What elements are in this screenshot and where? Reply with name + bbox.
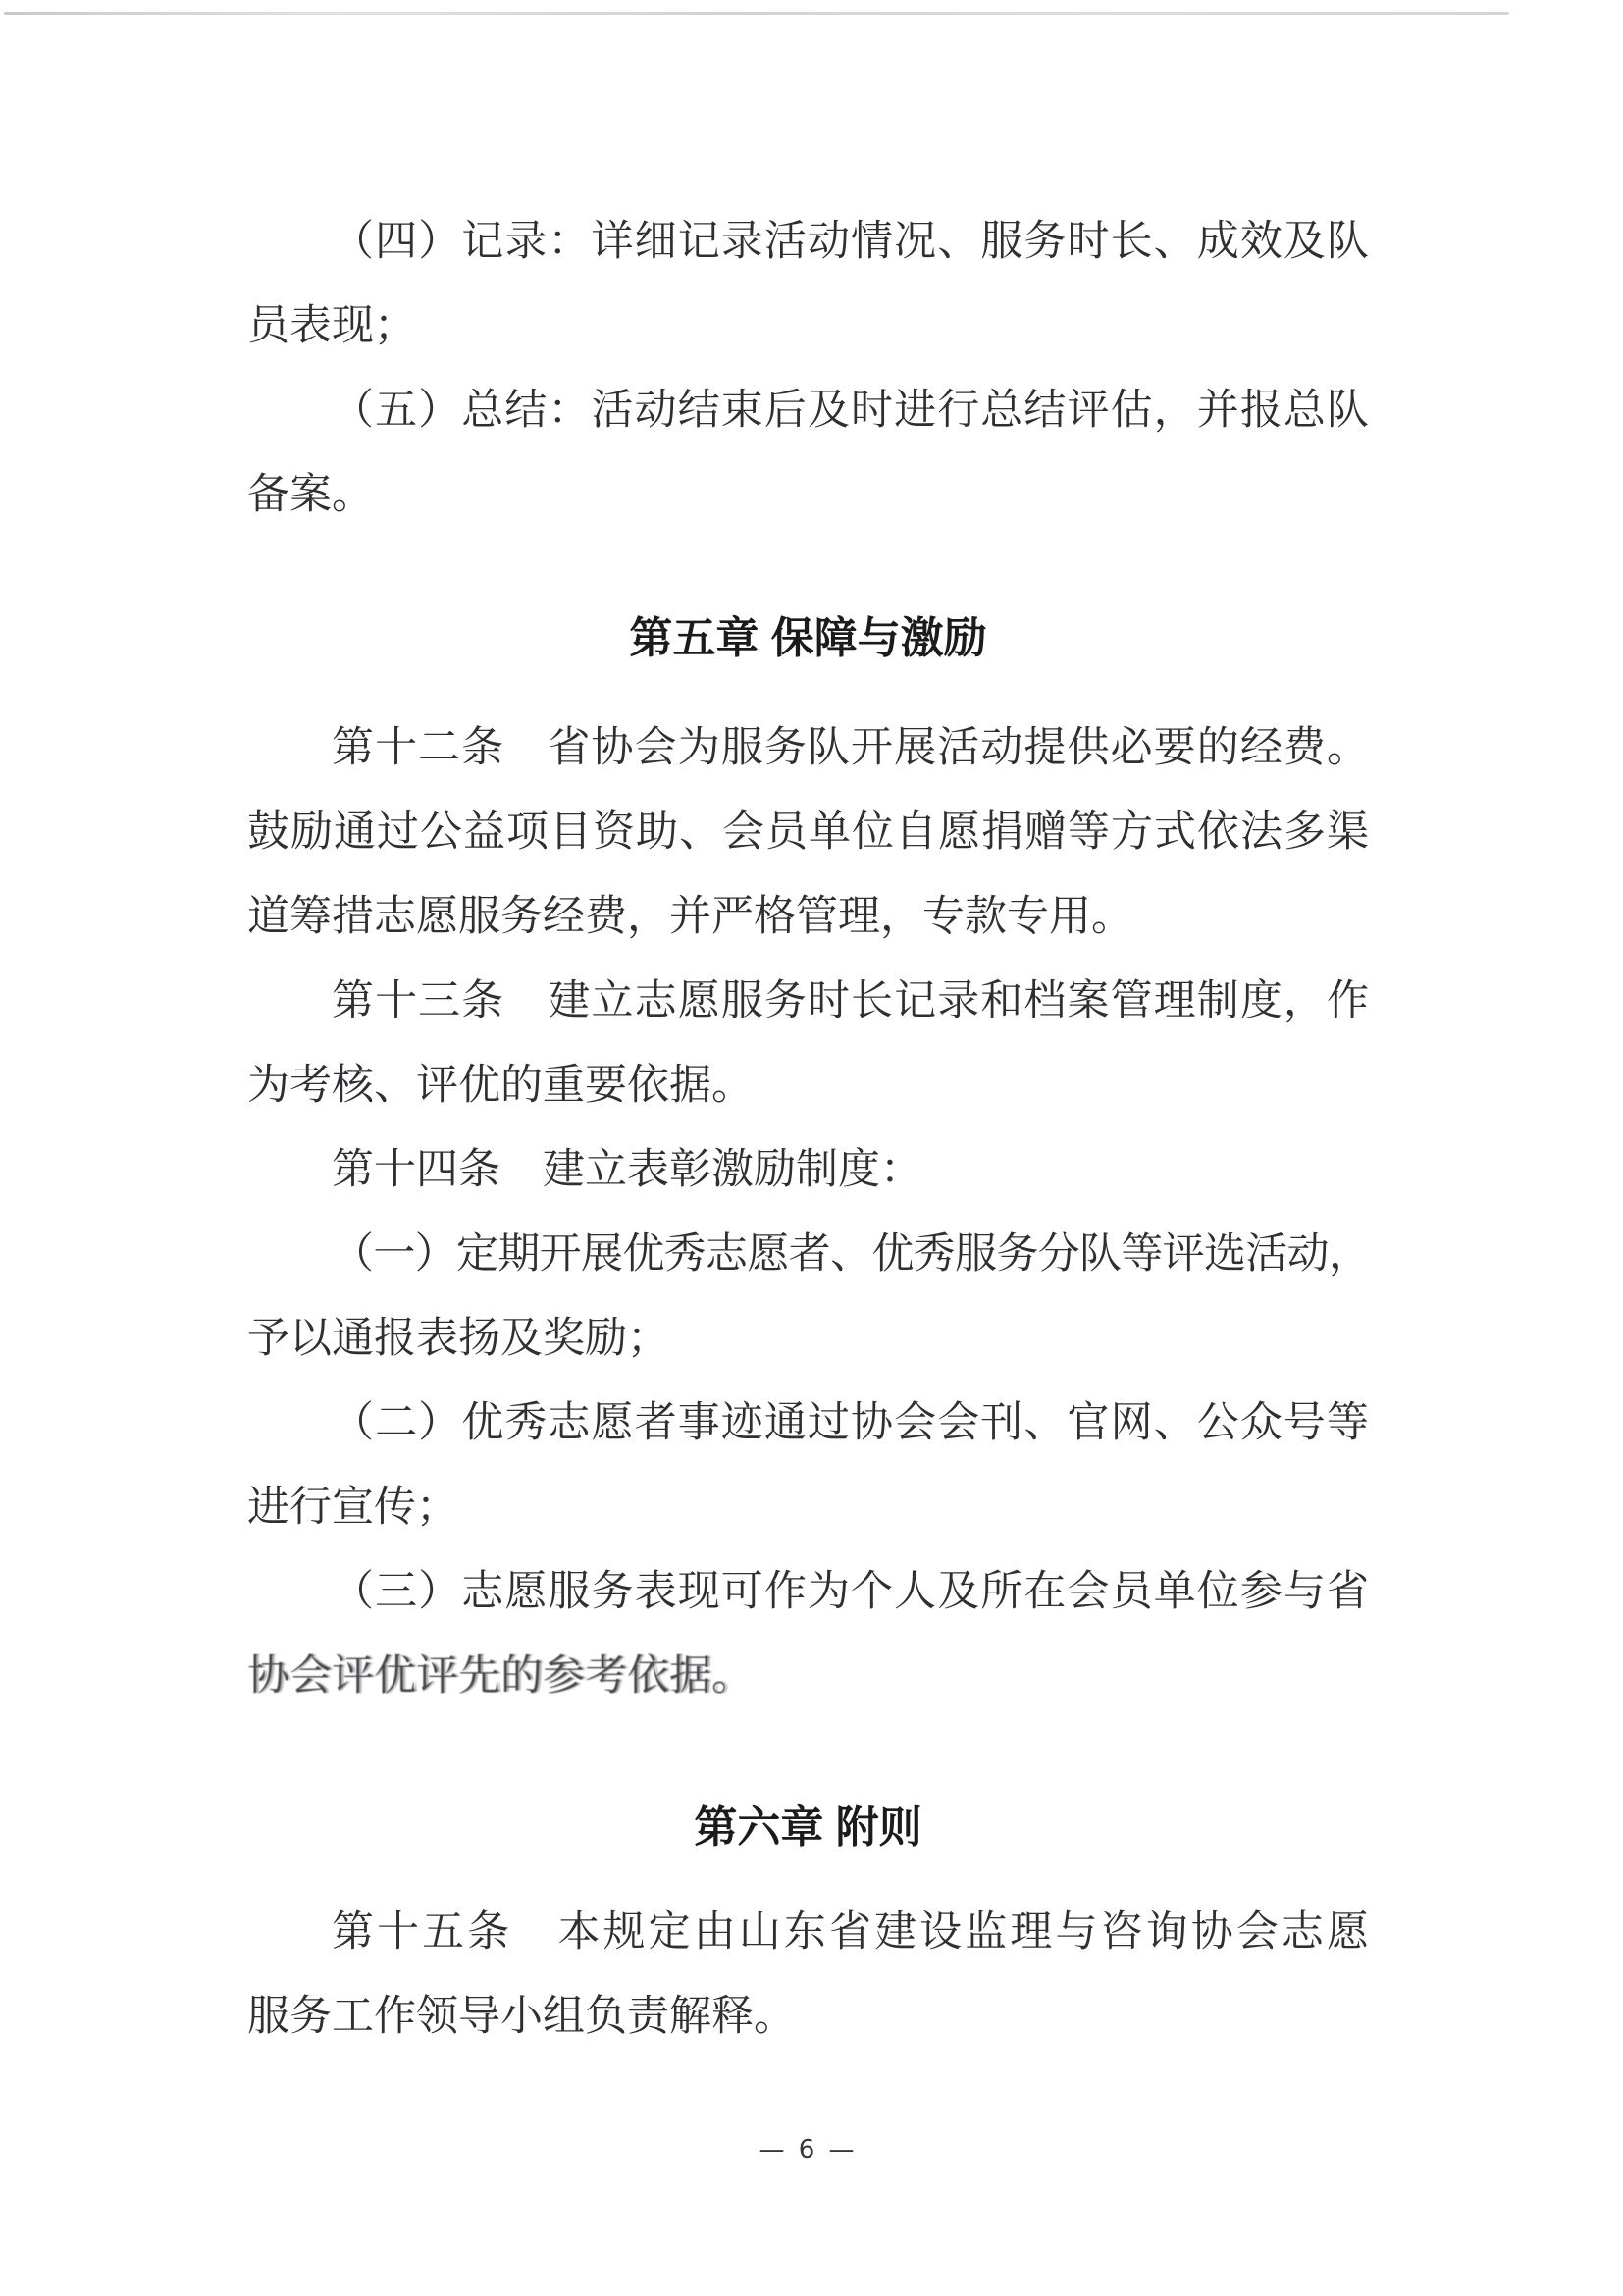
document-content: （四）记录：详细记录活动情况、服务时长、成效及队 员表现； （五）总结：活动结束…: [0, 0, 1623, 2169]
article15-line-2: 服务工作领导小组负责解释。: [247, 1975, 1369, 2060]
article13-line-1: 第十三条 建立志愿服务时长记录和档案管理制度，作: [247, 960, 1369, 1044]
item2-line-1: （二）优秀志愿者事迹通过协会会刊、官网、公众号等: [247, 1382, 1369, 1466]
item2-line-2: 进行宣传；: [247, 1466, 1369, 1550]
article12-line-1: 第十二条 省协会为服务队开展活动提供必要的经费。: [247, 706, 1369, 791]
scanned-document-page: （四）记录：详细记录活动情况、服务时长、成效及队 员表现； （五）总结：活动结束…: [0, 0, 1623, 2296]
item1-line-2: 予以通报表扬及奖励；: [247, 1297, 1369, 1382]
article13-line-2: 为考核、评优的重要依据。: [247, 1044, 1369, 1128]
item3-line-1: （三）志愿服务表现可作为个人及所在会员单位参与省: [247, 1550, 1369, 1635]
item4-line-1: （四）记录：详细记录活动情况、服务时长、成效及队: [247, 200, 1369, 285]
item4-line-2: 员表现；: [247, 285, 1369, 369]
item3-line-2: 协会评优评先的参考依据。: [247, 1635, 1369, 1719]
item1-line-1: （一）定期开展优秀志愿者、优秀服务分队等评选活动，: [247, 1213, 1369, 1297]
chapter-6-heading: 第六章 附则: [247, 1786, 1369, 1870]
item5-line-2: 备案。: [247, 453, 1369, 538]
article15-line-1: 第十五条 本规定由山东省建设监理与咨询协会志愿: [247, 1891, 1369, 1975]
article14-line-1: 第十四条 建立表彰激励制度：: [247, 1128, 1369, 1213]
article12-line-3: 道筹措志愿服务经费，并严格管理，专款专用。: [247, 875, 1369, 960]
chapter-5-heading: 第五章 保障与激励: [247, 597, 1369, 681]
page-number: — 6 —: [247, 2130, 1369, 2169]
item5-line-1: （五）总结：活动结束后及时进行总结评估，并报总队: [247, 369, 1369, 453]
article12-line-2: 鼓励通过公益项目资助、会员单位自愿捐赠等方式依法多渠: [247, 791, 1369, 875]
